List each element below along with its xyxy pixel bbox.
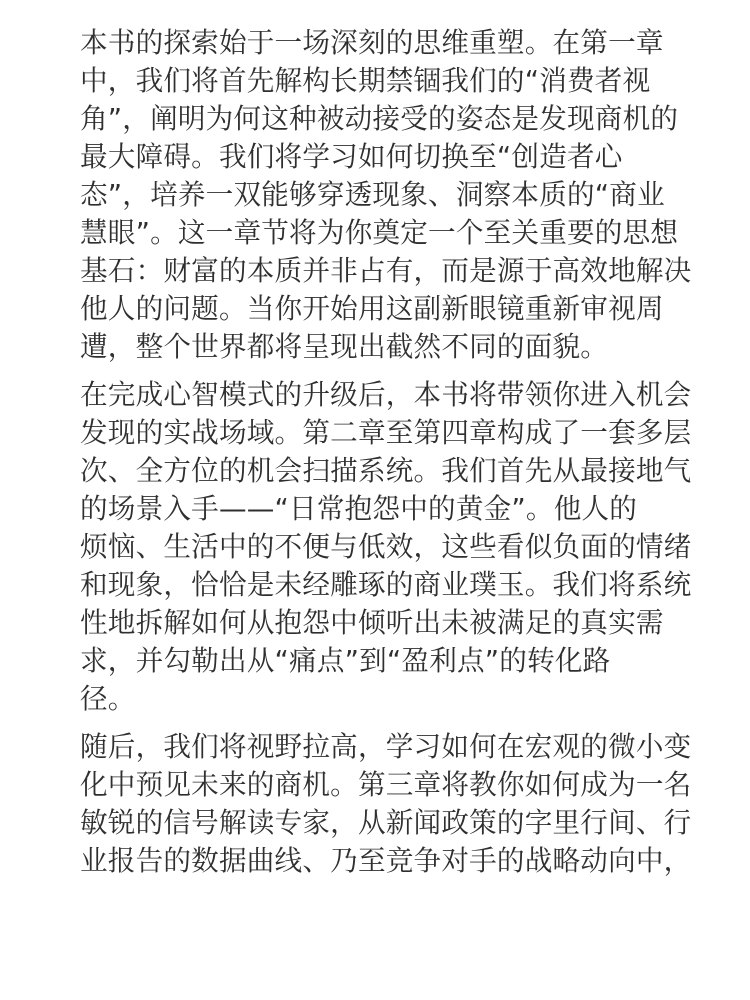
text-line: 和现象，恰恰是未经雕琢的商业璞玉。我们将系统 — [80, 566, 672, 604]
text-line: 径。 — [80, 680, 672, 718]
text-line: 基石：财富的本质并非占有，而是源于高效地解决 — [80, 252, 672, 290]
text-line: 中，我们将首先解构长期禁锢我们的“消费者视 — [80, 62, 672, 100]
text-line: 发现的实战场域。第二章至第四章构成了一套多层 — [80, 414, 672, 452]
text-line: 次、全方位的机会扫描系统。我们首先从最接地气 — [80, 452, 672, 490]
text-line: 烦恼、生活中的不便与低效，这些看似负面的情绪 — [80, 528, 672, 566]
text-line: 求，并勾勒出从“痛点”到“盈利点”的转化路 — [80, 642, 672, 680]
text-line: 本书的探索始于一场深刻的思维重塑。在第一章 — [80, 24, 672, 62]
text-line: 业报告的数据曲线、乃至竞争对手的战略动向中， — [80, 842, 672, 880]
paragraph-1: 本书的探索始于一场深刻的思维重塑。在第一章 中，我们将首先解构长期禁锢我们的“消… — [80, 24, 672, 366]
text-line: 性地拆解如何从抱怨中倾听出未被满足的真实需 — [80, 604, 672, 642]
text-line: 敏锐的信号解读专家，从新闻政策的字里行间、行 — [80, 804, 672, 842]
text-line: 随后，我们将视野拉高，学习如何在宏观的微小变 — [80, 728, 672, 766]
text-line: 角”，阐明为何这种被动接受的姿态是发现商机的 — [80, 100, 672, 138]
text-line: 化中预见未来的商机。第三章将教你如何成为一名 — [80, 766, 672, 804]
text-line: 在完成心智模式的升级后，本书将带领你进入机会 — [80, 376, 672, 414]
text-line: 他人的问题。当你开始用这副新眼镜重新审视周 — [80, 290, 672, 328]
text-line: 慧眼”。这一章节将为你奠定一个至关重要的思想 — [80, 214, 672, 252]
article-body: 本书的探索始于一场深刻的思维重塑。在第一章 中，我们将首先解构长期禁锢我们的“消… — [80, 24, 672, 890]
text-line: 态”，培养一双能够穿透现象、洞察本质的“商业 — [80, 176, 672, 214]
paragraph-2: 在完成心智模式的升级后，本书将带领你进入机会 发现的实战场域。第二章至第四章构成… — [80, 376, 672, 718]
text-line: 遭，整个世界都将呈现出截然不同的面貌。 — [80, 328, 672, 366]
text-line: 的场景入手——“日常抱怨中的黄金”。他人的 — [80, 490, 672, 528]
paragraph-3: 随后，我们将视野拉高，学习如何在宏观的微小变 化中预见未来的商机。第三章将教你如… — [80, 728, 672, 880]
text-line: 最大障碍。我们将学习如何切换至“创造者心 — [80, 138, 672, 176]
